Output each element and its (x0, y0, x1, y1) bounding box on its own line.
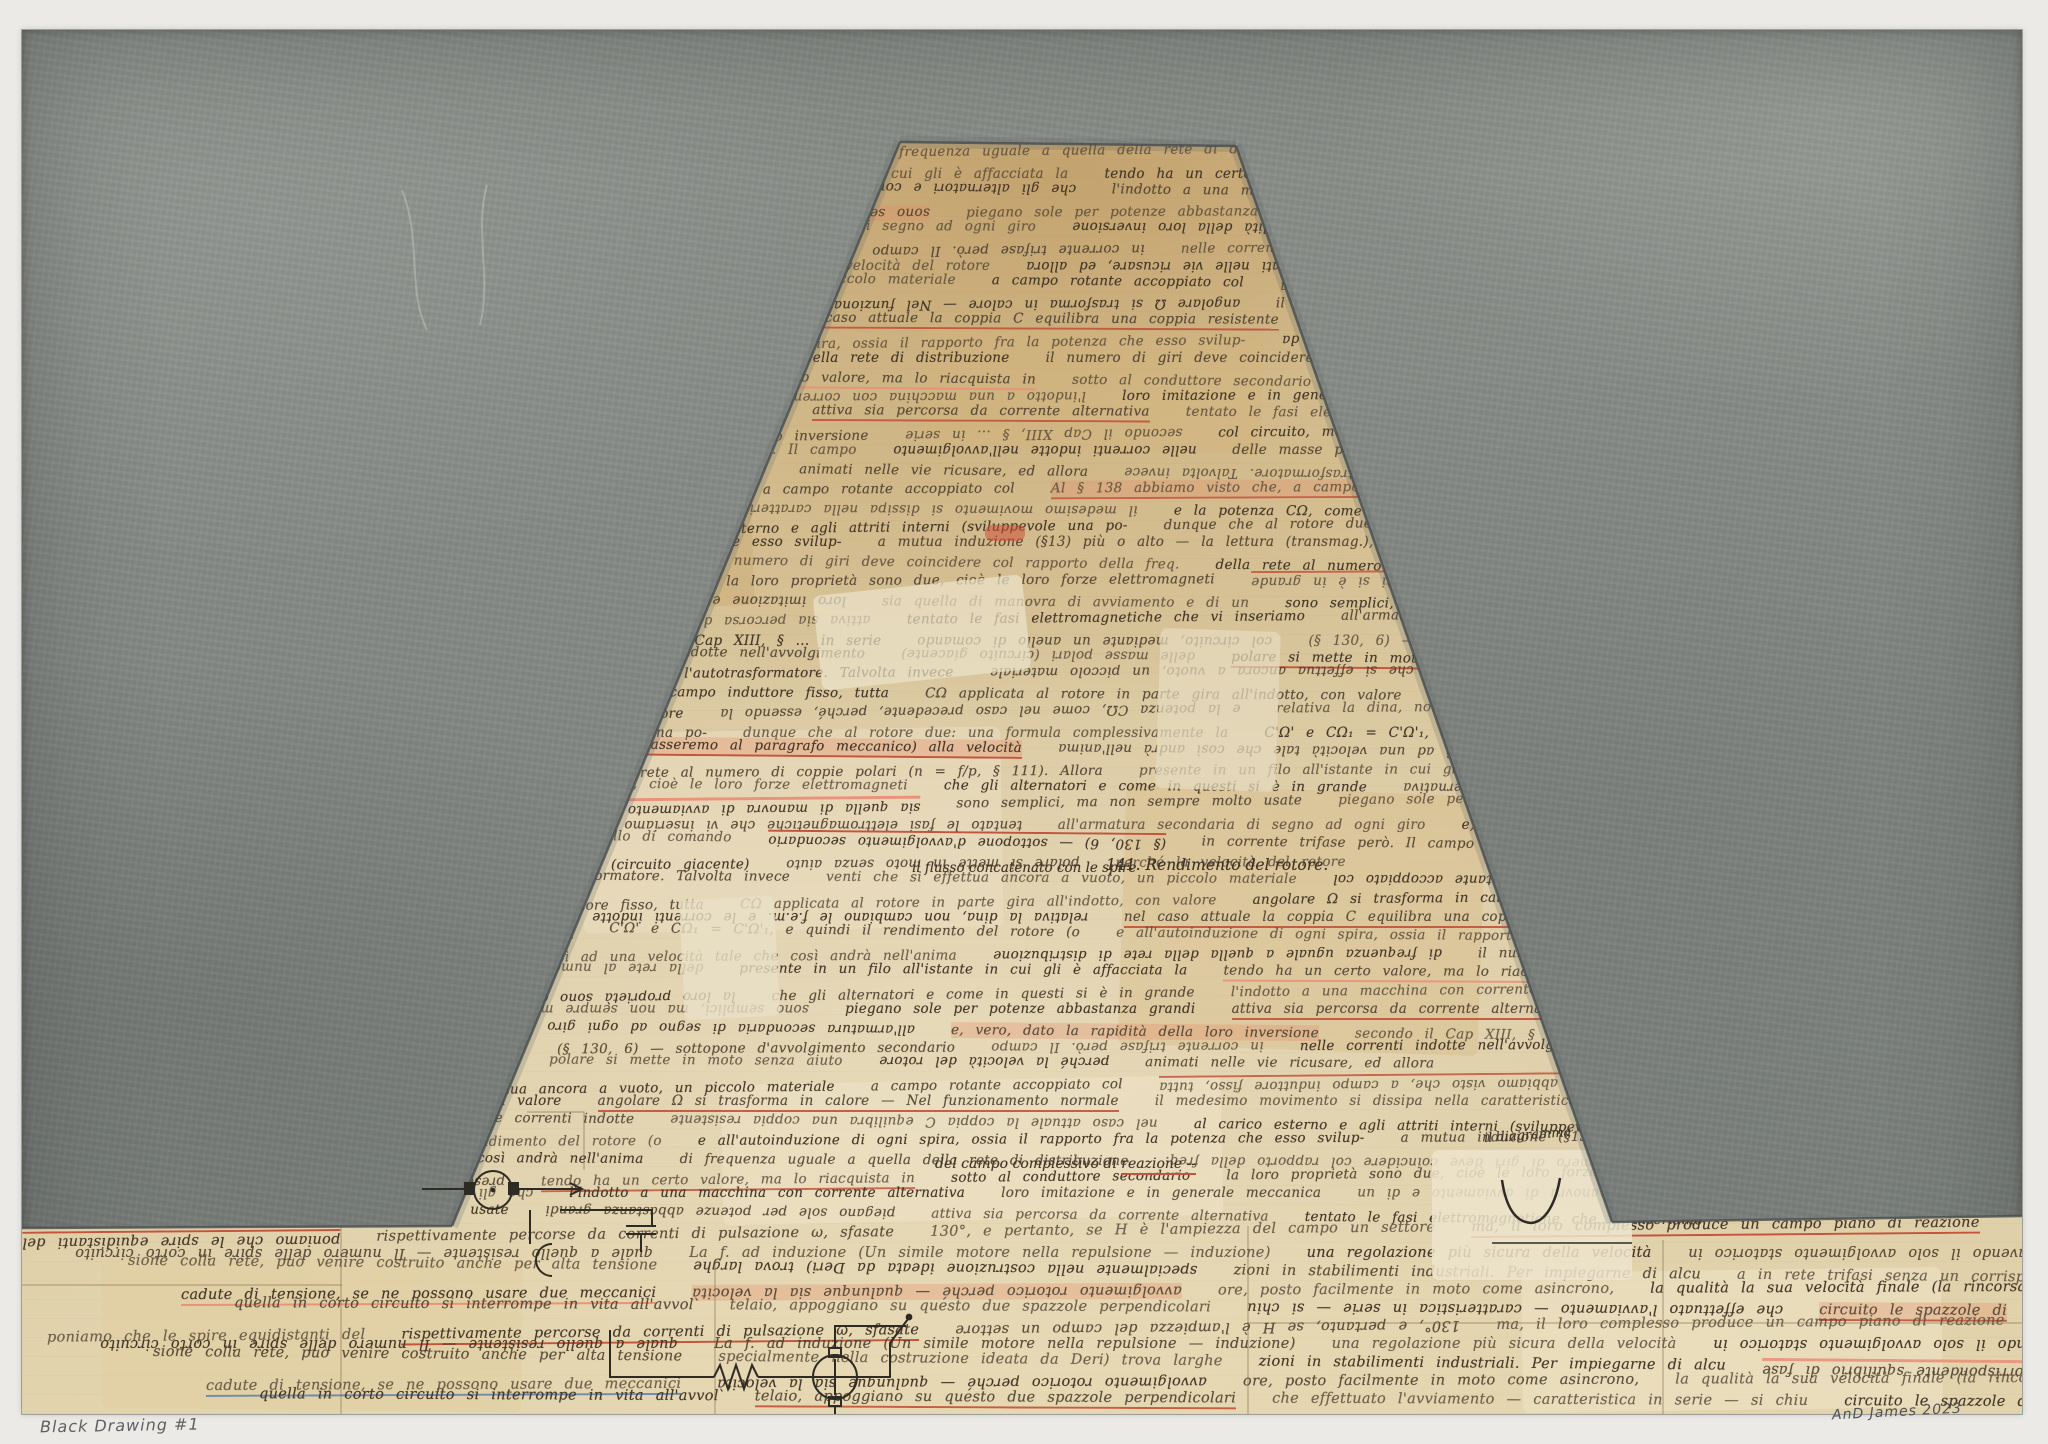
paper-patch (1155, 628, 1281, 792)
handwriting-fragment: zioni in stabilimenti industriali. Per i… (1259, 1353, 1727, 1373)
collage-seam (22, 1284, 342, 1286)
handwriting-fragment: rispettivamente percorse da correnti di … (376, 1224, 894, 1245)
handwriting-fragment: animati nelle vie ricusare, ed allora (1026, 258, 1315, 274)
collage-seam (1247, 1226, 1249, 1414)
handwriting-fragment: polare si mette in moto senza aiuto (549, 1052, 843, 1069)
artwork: passeremo al paragrafo meccanico) alla v… (22, 30, 2022, 1414)
handwriting-fragment: nel caso attuale la coppia C equilibra u… (791, 310, 1279, 331)
artwork-photo: passeremo al paragrafo meccanico) alla v… (0, 0, 2048, 1444)
handwriting-fragment: telaio, appoggiano su questo due spazzol… (730, 1297, 1211, 1315)
title-inscription: Black Drawing #1 (40, 1415, 200, 1437)
handwriting-fragment: presente in un filo all'istante in cui g… (739, 961, 1187, 979)
handwriting-fragment: secondo il Cap XIII, § ... in serie (905, 425, 1183, 443)
handwriting-fragment: e all'autoinduzione di ogni spira, ossia… (698, 1130, 1365, 1149)
handwriting-fragment: specialmente nella costruzione ideata da… (693, 1257, 1197, 1277)
handwriting-fragment: a campo rotante accoppiato col (763, 480, 1015, 497)
collage-seam (1247, 1322, 2027, 1324)
handwriting-fragment: a mutua induzione (§13) più o alto — la … (878, 534, 1446, 550)
handwriting-fragment: animati nelle vie ricusare, ed allora (1145, 1054, 1434, 1071)
handwriting-fragment: piegano sole per potenze abbastanza gran… (545, 1202, 896, 1221)
handwriting-fragment: perché la velocità del rotore (879, 1053, 1110, 1070)
handwriting-fragment: 130°, e pertanto, se H è l'ampiezza del … (955, 1317, 1460, 1337)
handwriting-fragment: attiva sia percorsa da corrente alternat… (1232, 1001, 1570, 1020)
handwriting-fragment: animati nelle vie ricusare, ed allora (799, 461, 1088, 480)
handwriting-fragment: la qualità la sua velocità finale (la ri… (1675, 1370, 2048, 1388)
handwriting-fragment: la qualità la sua velocità finale (la ri… (1650, 1279, 2026, 1297)
paper-patch (985, 525, 1025, 541)
handwriting-fragment: di frequenza uguale a quella della rete … (993, 945, 1442, 963)
collage-seam (714, 1260, 716, 1414)
handwriting-fragment: motore a repulsione, avendo il solo avvo… (1713, 1336, 2048, 1352)
handwriting-fragment: ore, posto facilmente in moto come asinc… (1243, 1372, 1639, 1390)
phrase-flusso: il flusso concatenato con le spire (912, 860, 1137, 876)
handwriting-fragment: piegano sole per potenze abbastanza gran… (845, 1001, 1195, 1017)
phrase-reazione-marked: reazione -- (1121, 1156, 1196, 1175)
handwriting-fragment: specialmente nella costruzione ideata da… (718, 1349, 1222, 1369)
handwriting-fragment: angolare Ω si trasforma in calore — Nel … (598, 1093, 1119, 1112)
handwriting-fragment: all'armatura secondaria di segno ad ogni… (1058, 817, 1426, 833)
handwriting-fragment: loro imitazione e in generale meccanica (1001, 1185, 1321, 1201)
handwriting-fragment: all'armatura secondaria di segno ad ogni… (547, 1019, 915, 1038)
handwriting-fragment: motore a repulsione, avendo il solo avvo… (1688, 1245, 2048, 1261)
handwriting-fragment: l'indotto a una macchina con corrente al… (569, 1185, 965, 1201)
handwriting-fragment: ore, posto facilmente in moto come asinc… (1218, 1281, 1614, 1299)
collage-seam (1662, 1240, 1664, 1414)
handwriting-fragment: che effettuato l'avviamento — caratteris… (1272, 1390, 1808, 1408)
handwriting-fragment: a campo rotante accoppiato col (992, 272, 1244, 290)
handwriting-fragment: 130°, e pertanto, se H è l'ampiezza del … (930, 1219, 1435, 1239)
phrase-reazione-pre: del campo complessivo di (935, 1156, 1121, 1172)
collage-seam (340, 1226, 342, 1414)
handwriting-fragment: in corrente trifase però. Il campo (1202, 834, 1475, 852)
handwriting-fragment: una regolazione più sicura della velocit… (1332, 1336, 1677, 1352)
handwriting-fragment: sono semplici, ma non sempre molto usate (956, 792, 1302, 811)
handwriting-fragment: nelle correnti indotte nell'avvolgimento (893, 442, 1197, 458)
handwriting-fragment: attiva sia percorsa da corrente alternat… (812, 402, 1150, 422)
paper-patch (679, 896, 780, 1021)
handwriting-fragment: quella in corto circuito si interrompe i… (234, 1295, 694, 1313)
handwriting-fragment: telaio, appoggiano su questo due spazzol… (755, 1388, 1236, 1409)
handwriting-fragment: il numero di giri deve coincidere col ra… (713, 553, 1180, 573)
handwriting-fragment: nel caso attuale la coppia C equilibra u… (670, 1112, 1158, 1132)
section-heading-rendimento: 141. Rendimento del rotore. (1106, 856, 1328, 874)
handwriting-fragment: (§ 130, 6) — sottopone d'avvolgimento se… (768, 830, 1166, 852)
handwriting-fragment: passeremo al paragrafo meccanico) alla v… (642, 737, 1023, 759)
handwriting-fragment: quella in corto circuito si interrompe i… (259, 1386, 719, 1404)
phrase-reazione: del campo complessivo di reazione -- (935, 1156, 1196, 1172)
